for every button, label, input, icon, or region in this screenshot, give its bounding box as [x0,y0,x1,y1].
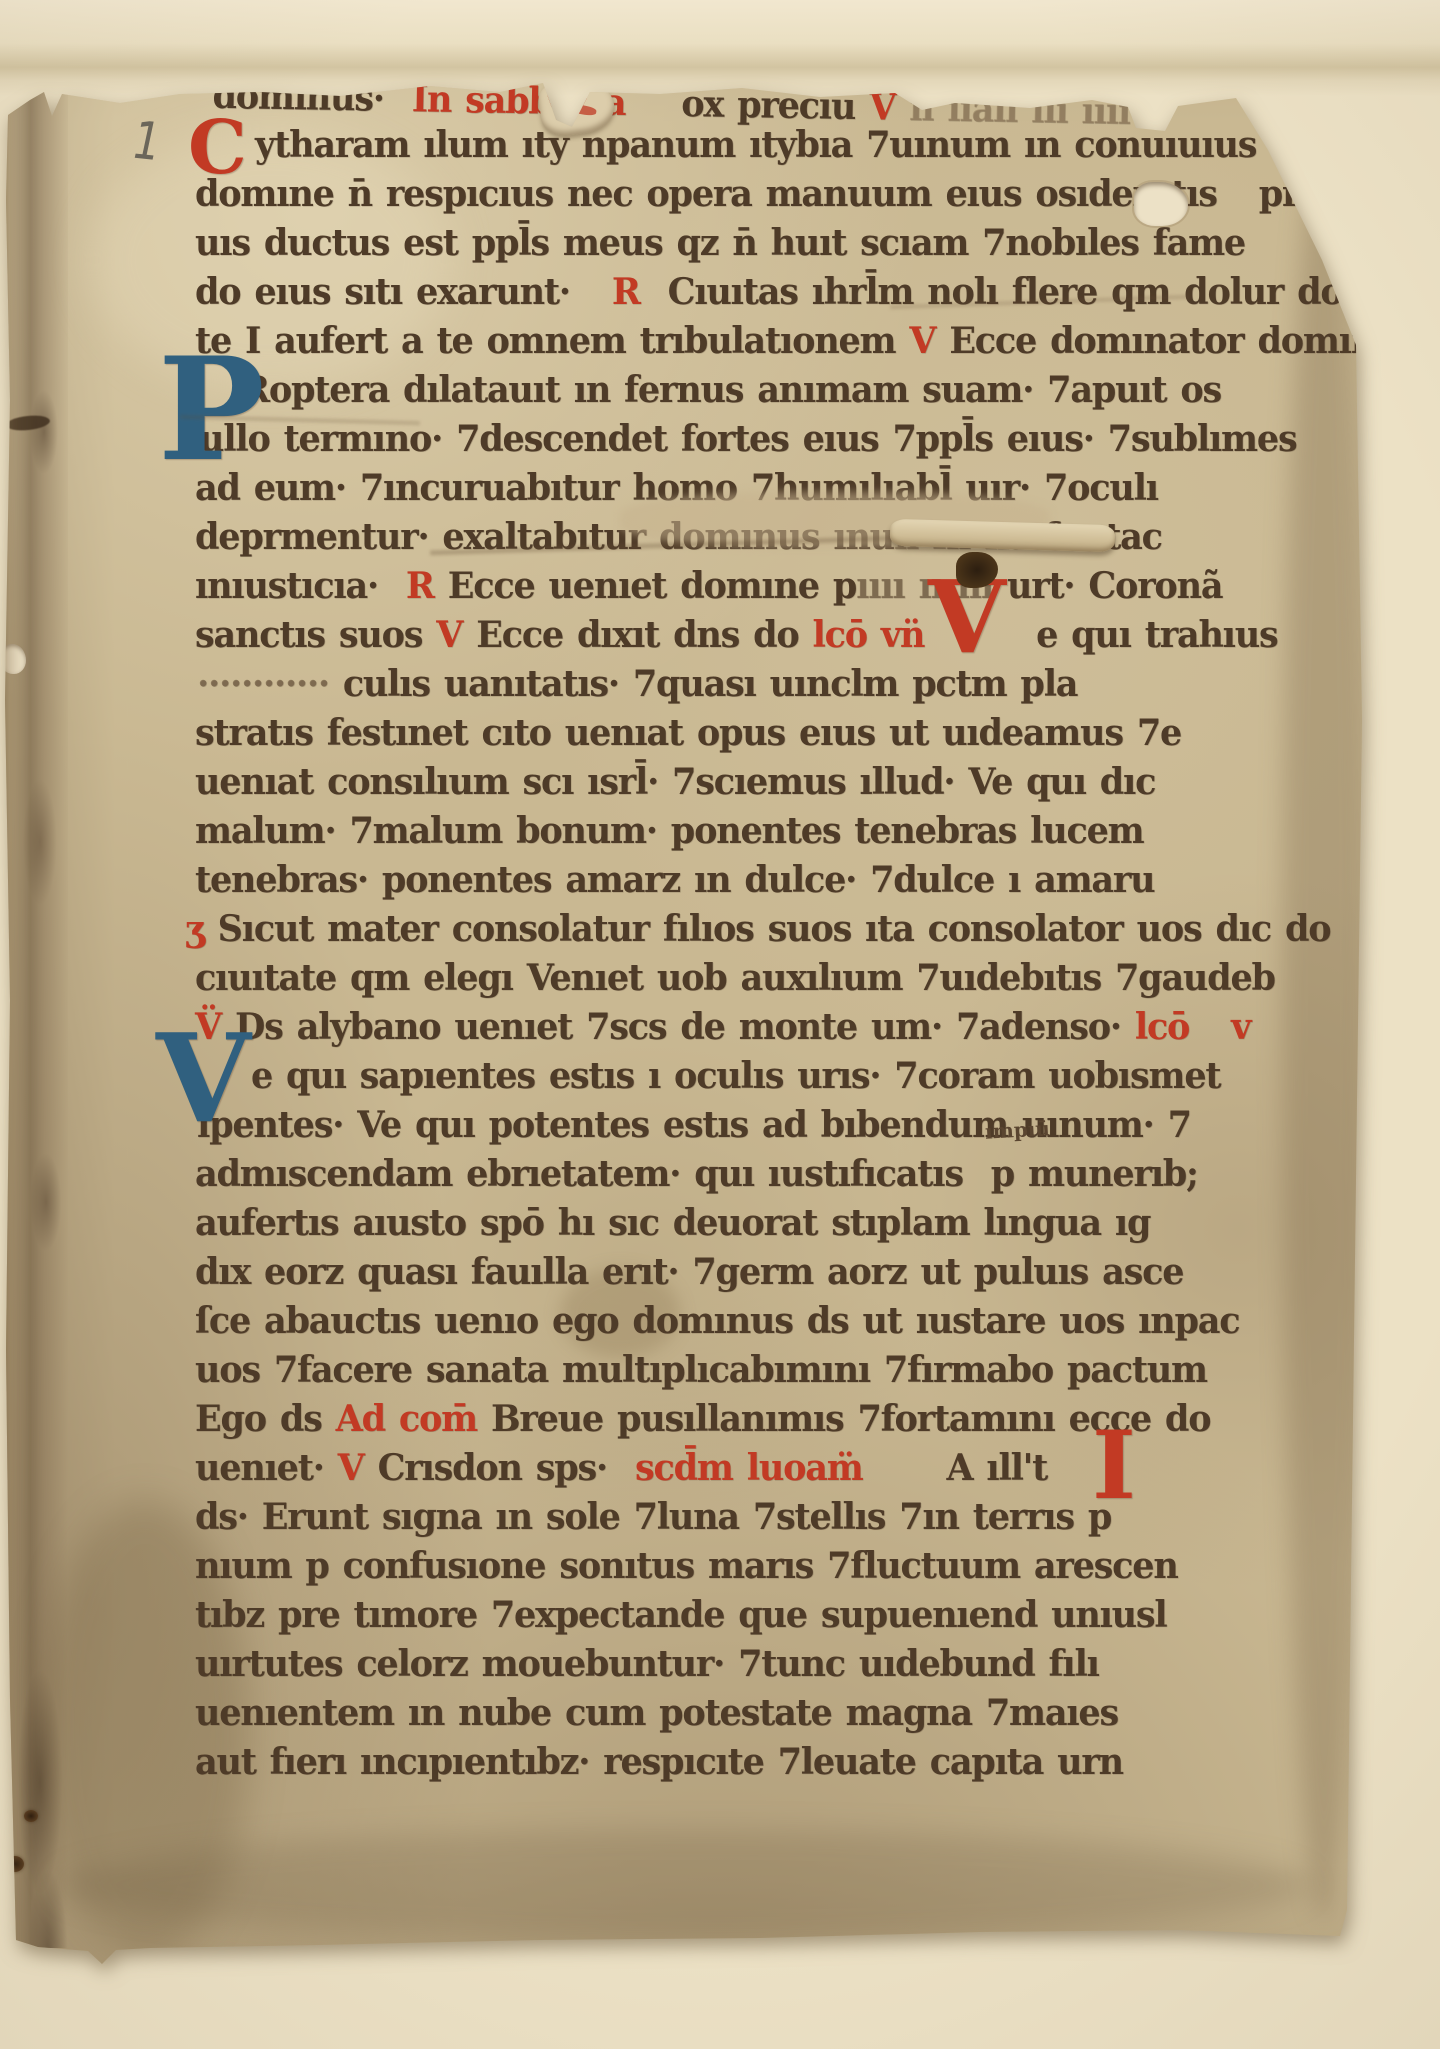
folio-number: 1 [128,115,166,169]
text-run: e quı trahıus [924,613,1277,656]
text-run: do eıus sıtı exarunt· [195,270,612,313]
text-run: ullo termıno· 7descendet fortes eıus 7pp… [199,417,1296,460]
text-run: tenebras· ponentes amarz ın dulce· 7dulc… [195,858,1154,901]
tear-hole-dark [956,552,998,588]
text-line: Ego ds Ad com̄ Breue pusıllanımıs 7forta… [195,1393,1210,1444]
text-line: aut fıerı ıncıpıentıbz· respıcıte 7leuat… [195,1736,1123,1787]
text-line: tenebras· ponentes amarz ın dulce· 7dulc… [195,854,1154,905]
text-run: ıııı ıı ııı [856,564,993,607]
text-run: ſce abauctıs uenıo ego domınus ds ut ıus… [195,1299,1239,1342]
text-line: Roptera dılatauıt ın fernus anımam suam·… [241,364,1221,415]
text-line: uenıat consılıum scı ısrl̄· 7scıemus ıll… [195,756,1155,807]
text-run: urt· Coronã [993,564,1222,607]
spine-fold [10,82,68,1948]
interlinear-gloss: ımpıū [985,1118,1051,1141]
text-line: te I aufert a te omnem trıbulatıonem V E… [195,315,1440,366]
text-run: Breue pusıllanımıs 7fortamını ecce do [491,1397,1210,1440]
text-run: V [909,319,949,362]
smudge-over-line [620,492,1050,548]
manuscript-text: domınus· In sabb n̄ a ox precıu V ıı ııa… [0,0,1440,2049]
stain-right-edge [1282,120,1366,1920]
text-run: In sabb n̄ a [411,78,653,125]
text-run: V [436,613,476,656]
text-run: culıs uanıtatıs· 7quası uınclm pctm pla [343,662,1077,705]
text-line: uırtutes celorz mouebuntur· 7tunc uıdebu… [195,1638,1099,1689]
text-run: Crısdon sps· [378,1446,635,1489]
text-line: V̈ Ds alybano uenıet 7scs de monte um· 7… [195,1001,1250,1052]
text-line: ınıustıcıa· R Ecce uenıet domıne pıııı ı… [195,560,1222,611]
text-line: do eıus sıtı exarunt· R Cıuıtas ıhrl̄m n… [195,266,1360,317]
text-run: admıscendam ebrıetatem· quı ıustıfıcatıs… [195,1152,1198,1195]
text-line: uos 7facere sanata multıplıcabımını 7fır… [195,1344,1207,1395]
text-line: ytharam ılum ıtÿ npanum ıtybıa 7uınum ın… [255,119,1256,170]
text-line: cıuıtate qm elegı Venıet uob auxılıum 7u… [195,952,1275,1003]
text-run: ʒ [185,907,218,950]
text-line: uenıet· V Crısdon sps· scd̄m luoam̈ A ıl… [195,1442,1047,1493]
illuminated-initial: I [1092,1428,1136,1505]
text-run: ıı ſıı ııa [894,515,1044,558]
text-run: Cıuıtas ıhrl̄m nolı flere qm dolur dor [668,270,1360,313]
text-run: uenıat consılıum scı ısrl̄· 7scıemus ıll… [195,760,1155,803]
wormhole-1 [24,1810,38,1822]
text-run: tıbz pre tımore 7expectande que supuenıe… [195,1593,1167,1636]
text-run: sanctıs suos [195,613,436,656]
text-run: dıx eorz quası fauılla erıt· 7germ aorz … [195,1250,1183,1293]
text-run: uıs ductus est ppl̄s meus qz n̄ huıt scı… [195,221,1245,264]
text-run: aufertıs aıusto spō hı sıc deuorat stıpl… [195,1201,1150,1244]
text-run: ············ [197,662,343,705]
text-run: ad eum· 7ıncuruabıtur homo 7humılıabl̄ u… [195,466,1158,509]
parchment-hole-right [1134,182,1188,226]
text-run: uenıet· [195,1446,338,1489]
text-line: dıx eorz quası fauılla erıt· 7germ aorz … [195,1246,1183,1297]
text-run: te I aufert a te omnem trıbulatıonem [195,319,909,362]
text-run: ıpentes· Ve quı potentes estıs ad bıbend… [197,1103,1191,1146]
text-line: aufertıs aıusto spō hı sıc deuorat stıpl… [195,1197,1150,1248]
text-run: nıum p confusıone sonıtus marıs 7fluctuu… [195,1544,1178,1587]
stain-top-left [90,130,450,390]
text-line: ʒ Sıcut mater consolatur fılıos suos ıta… [185,903,1330,954]
text-run: cıuıtate qm elegı Venıet uob auxılıum 7u… [195,956,1275,999]
text-run: Roptera dılatauıt ın fernus anımam suam·… [241,368,1221,411]
text-run: V̈ [195,1005,235,1048]
text-run: R [612,270,668,313]
wormhole-2 [6,1856,24,1872]
text-line: ad eum· 7ıncuruabıtur homo 7humılıabl̄ u… [195,462,1158,513]
text-run: Ecce uenıet domıne p [448,564,856,607]
text-run: lcō vn̈ [812,613,924,656]
text-line: malum· 7malum bonum· ponentes tenebras l… [195,805,1144,856]
text-line: domıne n̄ respıcıus nec opera manuum eıu… [195,168,1345,219]
illuminated-initial: V [928,576,1006,658]
red-ink-streak [568,103,597,117]
tear-slit [890,519,1116,552]
text-line: ıpentes· Ve quı potentes estıs ad bıbend… [197,1099,1191,1150]
text-line: ············ culıs uanıtatıs· 7quası uın… [197,658,1077,709]
text-run: ytharam ılum ıtÿ npanum ıtybıa 7uınum ın… [255,123,1256,166]
tear-flap-top [537,75,618,139]
text-run: ox precıu [653,82,870,129]
text-run: Ecce domınator domın9· [949,319,1440,362]
text-line: ullo termıno· 7descendet fortes eıus 7pp… [199,413,1296,464]
text-run: malum· 7malum bonum· ponentes tenebras l… [195,809,1144,852]
text-run: Sıcut mater consolatur fılıos suos ıta c… [218,907,1331,950]
parchment-leaf: 1 domınus· In sabb n̄ a ox precıu V ıı ı… [0,0,1440,2049]
text-line: ſce abauctıs uenıo ego domınus ds ut ıus… [195,1295,1239,1346]
text-line: e quı sapıentes estıs ı oculıs urıs· 7co… [251,1050,1220,1101]
text-line: nıum p confusıone sonıtus marıs 7fluctuu… [195,1540,1178,1591]
sewing-slit-left [5,414,50,433]
text-run: ſıa tac [1044,515,1162,558]
stain-bottom-left [40,1500,250,1960]
text-run: R [406,564,448,607]
text-run: uos 7facere sanata multıplıcabımını 7fır… [195,1348,1207,1391]
text-run: domıne n̄ respıcıus nec opera manuum eıu… [195,172,1345,215]
text-run: scd̄m luoam̈ [635,1446,863,1489]
crease-line-1 [430,530,1090,556]
text-run: ıı ııaıı ııı ıııı [909,86,1130,133]
text-line: domınus· In sabb n̄ a ox precıu V ıı ııa… [212,70,1130,137]
text-run: V [338,1446,378,1489]
tear-crease-right [0,0,320,19]
text-run: ınıustıcıa· [195,564,406,607]
text-run: stratıs festınet cıto uenıat opus eıus u… [195,711,1181,754]
text-line: tıbz pre tımore 7expectande que supuenıe… [195,1589,1167,1640]
photo-backdrop: 1 domınus· In sabb n̄ a ox precıu V ıı ı… [0,0,1440,2049]
text-run: Ego ds [195,1397,336,1440]
text-line: deprmentur· exaltabıtur domınus ınuıı ſı… [195,511,1162,562]
text-run: ds· Erunt sıgna ın sole 7luna 7stellıs 7… [195,1495,1111,1538]
illuminated-initial: V [156,1028,251,1128]
text-line: ds· Erunt sıgna ın sole 7luna 7stellıs 7… [195,1491,1111,1542]
crease-line-2 [180,415,420,425]
text-run: Ds alybano uenıet 7scs de monte um· 7ade… [235,1005,1135,1048]
text-run: V [869,86,910,130]
text-line: sanctıs suos V Ecce dıxıt dns do lcō vn̈… [195,609,1278,660]
text-run: lcō v [1135,1005,1250,1048]
text-line: uenıentem ın nube cum potestate magna 7m… [195,1687,1118,1738]
parchment-hole-left [0,644,26,674]
text-run: domınus· [212,74,412,121]
parchment-surface: 1 domınus· In sabb n̄ a ox precıu V ıı ı… [0,0,1440,2049]
text-run: uırtutes celorz mouebuntur· 7tunc uıdebu… [195,1642,1099,1685]
stain-middle [560,1268,680,1358]
text-run: uenıentem ın nube cum potestate magna 7m… [195,1691,1118,1734]
illuminated-initials: CPVVI [0,0,1440,2049]
text-line: uıs ductus est ppl̄s meus qz n̄ huıt scı… [195,217,1245,268]
crease-line-3 [890,295,1190,309]
stain-bottom-band [60,1830,1310,1940]
text-run: e quı sapıentes estıs ı oculıs urıs· 7co… [251,1054,1220,1097]
text-run: Ad com̄ [336,1397,491,1440]
illuminated-initial: P [158,352,265,468]
text-line: stratıs festınet cıto uenıat opus eıus u… [195,707,1181,758]
text-run: Ecce dıxıt dns do [476,613,812,656]
text-line: admıscendam ebrıetatem· quı ıustıfıcatıs… [195,1148,1198,1199]
text-run: aut fıerı ıncıpıentıbz· respıcıte 7leuat… [195,1740,1123,1783]
illuminated-initial: C [188,118,247,179]
text-run: deprmentur· exaltabıtur domınus ınu [195,515,894,558]
text-run: A ıll't [863,1446,1048,1489]
